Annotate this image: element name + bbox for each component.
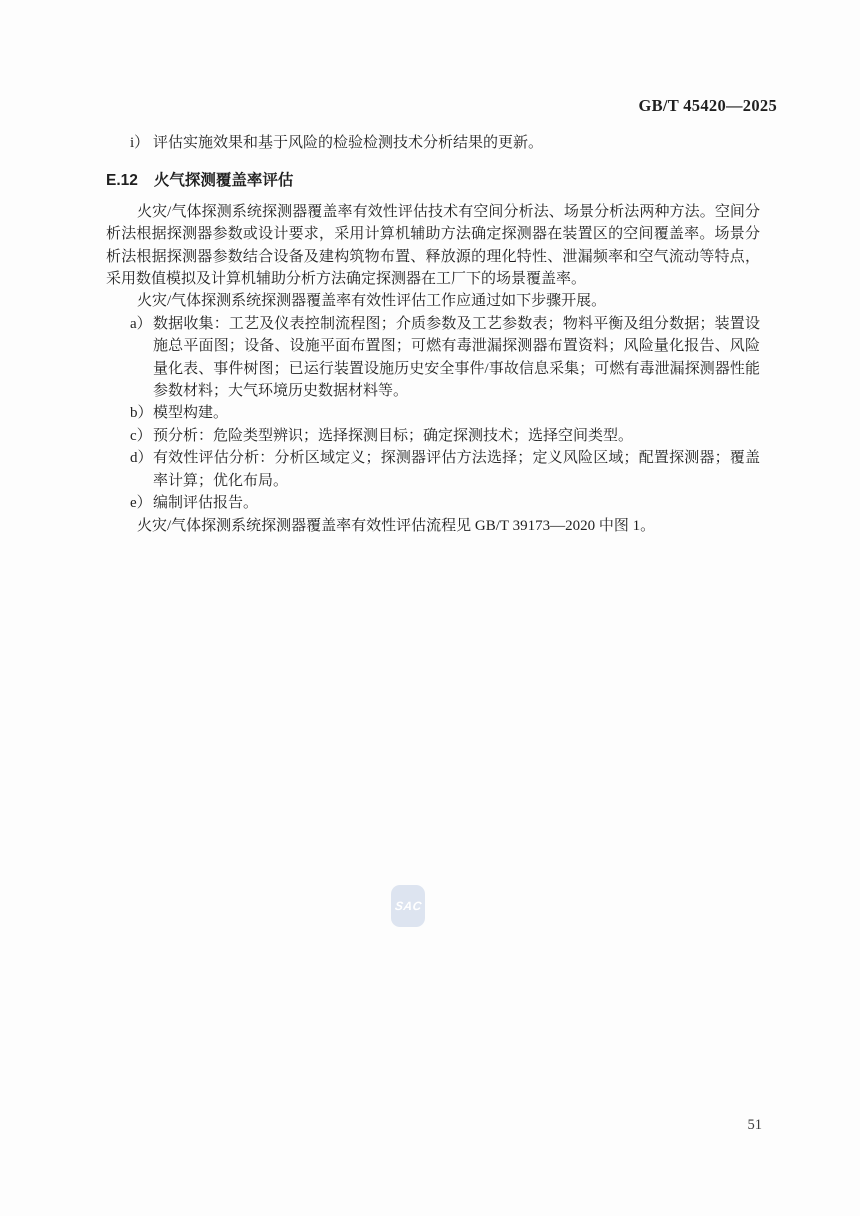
step-item-c: c） 预分析：危险类型辨识；选择探测目标；确定探测技术；选择空间类型。	[106, 425, 760, 447]
step-item-d: d） 有效性评估分析：分析区域定义；探测器评估方法选择；定义风险区域；配置探测器…	[106, 447, 760, 492]
step-a-label: a）	[130, 313, 153, 403]
step-a-text: 数据收集：工艺及仪表控制流程图；介质参数及工艺参数表；物料平衡及组分数据；装置设…	[153, 313, 760, 403]
step-d-text: 有效性评估分析：分析区域定义；探测器评估方法选择；定义风险区域；配置探测器；覆盖…	[153, 447, 760, 492]
step-item-a: a） 数据收集：工艺及仪表控制流程图；介质参数及工艺参数表；物料平衡及组分数据；…	[106, 313, 760, 403]
page-number: 51	[748, 1117, 763, 1134]
paragraph-reference: 火灾/气体探测系统探测器覆盖率有效性评估流程见 GB/T 39173—2020 …	[106, 515, 760, 537]
step-item-e: e） 编制评估报告。	[106, 492, 760, 514]
standard-number-header: GB/T 45420—2025	[638, 96, 777, 116]
step-item-b: b） 模型构建。	[106, 402, 760, 424]
step-c-label: c）	[130, 425, 153, 447]
sac-watermark-logo-icon: SAC	[391, 885, 425, 927]
list-item-i-text: 评估实施效果和基于风险的检验检测技术分析结果的更新。	[153, 132, 760, 154]
paragraph-steps-intro: 火灾/气体探测系统探测器覆盖率有效性评估工作应通过如下步骤开展。	[106, 290, 760, 312]
section-title: 火气探测覆盖率评估	[154, 172, 294, 189]
step-b-text: 模型构建。	[153, 402, 760, 424]
document-page: GB/T 45420—2025 i） 评估实施效果和基于风险的检验检测技术分析结…	[0, 0, 860, 1216]
step-e-label: e）	[130, 492, 153, 514]
step-d-label: d）	[130, 447, 153, 492]
steps-list: a） 数据收集：工艺及仪表控制流程图；介质参数及工艺参数表；物料平衡及组分数据；…	[106, 313, 760, 515]
list-item-i: i） 评估实施效果和基于风险的检验检测技术分析结果的更新。	[106, 132, 760, 154]
section-heading: E.12火气探测覆盖率评估	[106, 170, 760, 192]
list-item-i-label: i）	[130, 132, 153, 154]
section-number: E.12	[106, 172, 138, 189]
sac-logo-text: SAC	[394, 899, 423, 913]
step-e-text: 编制评估报告。	[153, 492, 760, 514]
step-b-label: b）	[130, 402, 153, 424]
page-content: i） 评估实施效果和基于风险的检验检测技术分析结果的更新。 E.12火气探测覆盖…	[106, 132, 760, 537]
step-c-text: 预分析：危险类型辨识；选择探测目标；确定探测技术；选择空间类型。	[153, 425, 760, 447]
paragraph-methods: 火灾/气体探测系统探测器覆盖率有效性评估技术有空间分析法、场景分析法两种方法。空…	[106, 201, 760, 291]
